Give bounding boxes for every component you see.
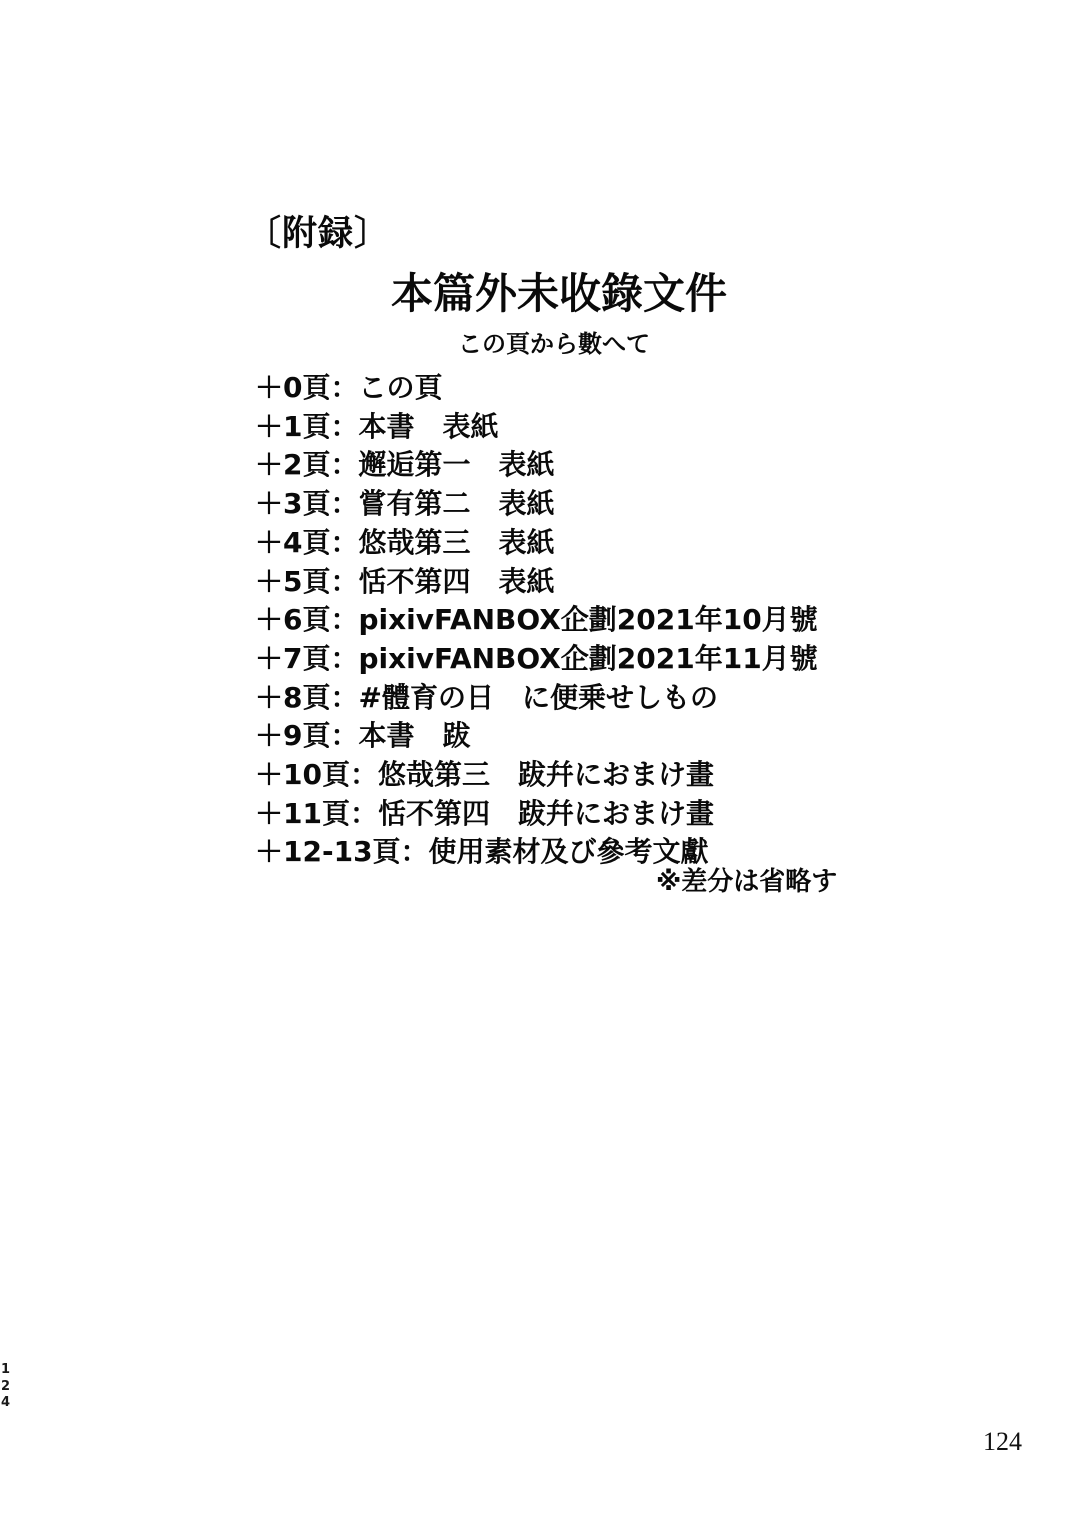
page-subtitle: この頁から數へて	[458, 324, 650, 359]
toc-item: ＋4頁：悠哉第三 表紙	[255, 524, 818, 563]
spine-digit: 1	[1, 1362, 10, 1379]
toc-item: ＋5頁：恬不第四 表紙	[255, 563, 818, 602]
toc-item: ＋1頁：本書 表紙	[255, 408, 818, 447]
toc-item: ＋10頁：悠哉第三 跋幷におまけ畫	[255, 756, 818, 795]
appendix-note: ※差分は省略す	[656, 861, 837, 898]
toc-item: ＋0頁：この頁	[255, 369, 818, 408]
appendix-toc-list: ＋0頁：この頁 ＋1頁：本書 表紙 ＋2頁：邂逅第一 表紙 ＋3頁：嘗有第二 表…	[255, 369, 818, 872]
toc-item: ＋3頁：嘗有第二 表紙	[255, 485, 818, 524]
spine-digit: 4	[1, 1395, 10, 1412]
page-number: 124	[983, 1427, 1022, 1457]
toc-item: ＋8頁：#體育の日 に便乗せしもの	[255, 679, 818, 718]
spine-page-number: 1 2 4	[1, 1362, 10, 1412]
toc-item: ＋2頁：邂逅第一 表紙	[255, 446, 818, 485]
page-title: 本篇外未收錄文件	[391, 261, 727, 321]
toc-item: ＋6頁：pixivFANBOX企劃2021年10月號	[255, 601, 818, 640]
spine-digit: 2	[1, 1379, 10, 1396]
document-page: 〔附録〕 本篇外未收錄文件 この頁から數へて ＋0頁：この頁 ＋1頁：本書 表紙…	[0, 0, 1075, 1518]
section-label: 〔附録〕	[246, 206, 390, 256]
toc-item: ＋9頁：本書 跋	[255, 717, 818, 756]
toc-item: ＋11頁：恬不第四 跋幷におまけ畫	[255, 795, 818, 834]
toc-item: ＋7頁：pixivFANBOX企劃2021年11月號	[255, 640, 818, 679]
